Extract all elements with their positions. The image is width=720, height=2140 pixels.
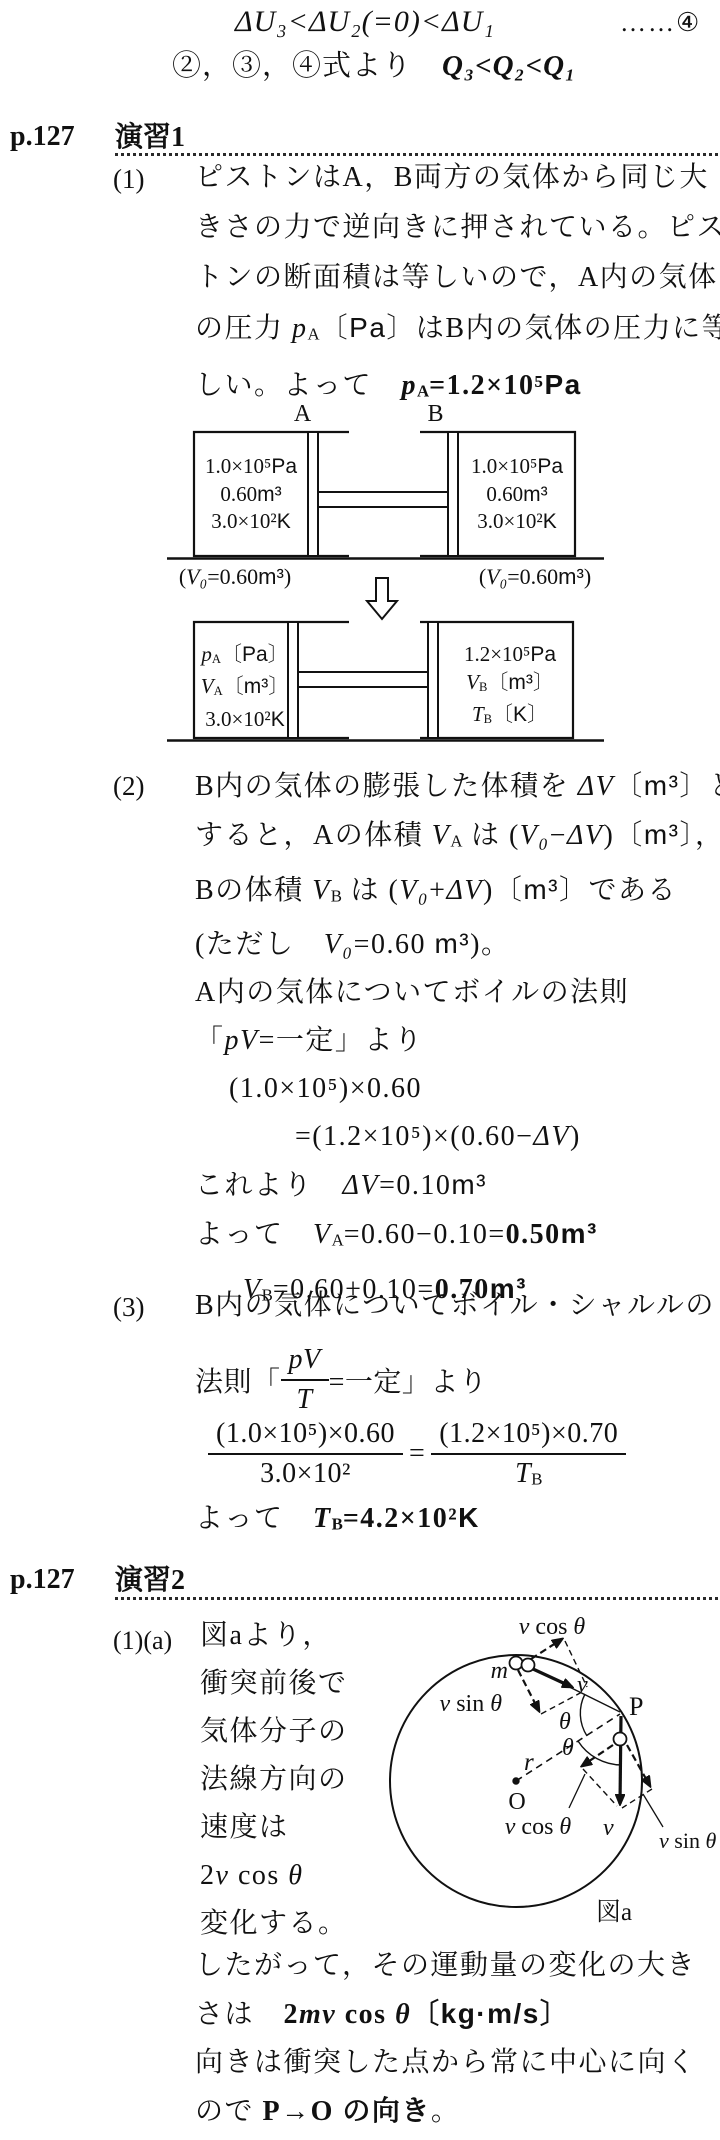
equation-delta-u: ΔU₃<ΔU₂(=0)<ΔU₁ <box>235 4 495 40</box>
gas-value: 1.0×10⁵Pa <box>460 453 574 481</box>
velocity-out-label: v <box>603 1815 614 1841</box>
fraction-numerator: (1.0×10⁵)×0.60 <box>208 1418 403 1455</box>
cylinder-b-label: B <box>393 401 478 428</box>
page: ΔU₃<ΔU₂(=0)<ΔU₁ ……④ ②，③，④式より Q₃<Q₂<Q₁ p.… <box>0 0 720 2140</box>
text-line: 衝突前後で <box>200 1660 348 1708</box>
cylinder-a-label: A <box>260 401 345 428</box>
gas-value: pA〔Pa〕 <box>188 641 302 673</box>
theta-label-1: θ <box>559 1709 571 1735</box>
text-line: トンの断面積は等しいので，A内の気体 <box>195 253 720 303</box>
fraction-numerator: pV <box>281 1344 329 1381</box>
molecule-after <box>614 1733 627 1746</box>
fraction-numerator: (1.2×10⁵)×0.70 <box>431 1418 626 1455</box>
theta-label-2: θ <box>562 1735 574 1761</box>
text-line: 向きは衝突した点から常に中心に向く <box>195 2039 697 2087</box>
text-line: 「pV=一定」より <box>195 1017 720 1065</box>
text-line: 気体分子の <box>200 1708 348 1756</box>
section-title-ex1: 演習1 <box>115 121 185 154</box>
page-ref-ex1: p.127 <box>10 121 75 153</box>
text-line: すると，Aの体積 VA は (V₀−ΔV)〔m³〕， <box>195 811 720 866</box>
paragraph-ex2-narrow: 図aより， 衝突前後で 気体分子の 法線方向の 速度は 2v cos θ 変化す… <box>200 1612 348 1948</box>
dotted-rule-ex2 <box>115 1597 718 1600</box>
label-pointer-line <box>569 1774 585 1808</box>
v0-note-left: (V₀=0.60m³) <box>165 564 305 590</box>
gas-value: 0.60m³ <box>460 481 574 509</box>
law-text-pre: 法則「 <box>195 1360 281 1400</box>
point-p-label: P <box>629 1694 643 1720</box>
piston-b-top <box>448 432 458 556</box>
figure-piston-apparatus: A B 1.0×10⁵Pa 0.60m³ 3.0×10²K 1.0×10⁵Pa … <box>160 398 620 772</box>
mass-label: m <box>472 1658 508 1684</box>
text-line: 図aより， <box>200 1612 348 1660</box>
item-label-3: (3) <box>113 1283 144 1331</box>
text-line: 法線方向の <box>200 1756 348 1804</box>
angle-arc-1 <box>580 1694 587 1736</box>
connecting-rod-bottom <box>298 672 428 687</box>
fraction-pv-t: pV T <box>281 1344 329 1416</box>
vcos-label-top: v cos θ <box>490 1614 614 1640</box>
text-line-answer: ので P→O の向き。 <box>195 2087 697 2136</box>
fraction-denominator: TB <box>515 1455 542 1490</box>
text-line: A内の気体についてボイルの法則 <box>195 969 720 1017</box>
molecule-before <box>510 1657 523 1670</box>
radius-label: r <box>524 1750 534 1776</box>
fraction-left: (1.0×10⁵)×0.60 3.0×10² <box>208 1418 403 1490</box>
gas-value: 3.0×10²K <box>194 508 308 536</box>
down-arrow-icon <box>367 578 397 619</box>
vsin-component-arrow-top <box>518 1670 539 1711</box>
boyle-charles-equation: (1.0×10⁵)×0.60 3.0×10² = (1.2×10⁵)×0.70 … <box>208 1408 626 1500</box>
piston-a-top <box>308 432 318 556</box>
text-line: 変化する。 <box>200 1900 348 1948</box>
equation-q-compare: ②，③，④式より Q₃<Q₂<Q₁ <box>172 46 576 86</box>
gas-b-state1: 1.0×10⁵Pa 0.60m³ 3.0×10²K <box>460 453 574 536</box>
figure-a-caption: 図a <box>596 1899 632 1926</box>
gas-value: 0.60m³ <box>194 481 308 509</box>
text-line: B内の気体の膨張した体積を ΔV〔m³〕と <box>195 762 720 811</box>
circle-collision-drawing <box>356 1612 720 1948</box>
parallelogram-edge <box>583 1769 617 1806</box>
fraction-right: (1.2×10⁵)×0.70 TB <box>431 1418 626 1490</box>
label-pointer-line <box>643 1794 663 1827</box>
paragraph-1: ピストンはA，B両方の気体から同じ大 きさの力で逆向きに押されている。ピス トン… <box>195 153 720 416</box>
gas-a-state2: pA〔Pa〕 VA〔m³〕 3.0×10²K <box>188 641 302 733</box>
gas-b-state2: 1.2×10⁵Pa VB〔m³〕 TB〔K〕 <box>453 641 567 733</box>
page-ref-ex2: p.127 <box>10 1564 75 1596</box>
vcos-label-bottom: v cos θ <box>484 1814 592 1840</box>
text-line-answer: さは 2mv cos θ〔kg·m/s〕 <box>195 1990 697 2039</box>
paragraph-3-answer: よって TB=4.2×10²K <box>195 1494 480 1549</box>
vsin-label-left: v sin θ <box>392 1691 502 1717</box>
text-line: Bの体積 VB は (V₀+ΔV)〔m³〕である <box>195 866 720 921</box>
text-line: ピストンはA，B両方の気体から同じ大 <box>195 153 720 203</box>
connecting-rod-top <box>318 492 448 507</box>
text-line: したがって，その運動量の変化の大き <box>195 1942 697 1990</box>
gas-value: 1.0×10⁵Pa <box>194 453 308 481</box>
section-title-ex2: 演習2 <box>115 1564 185 1597</box>
fraction-denominator: 3.0×10² <box>260 1455 351 1490</box>
item-label-1: (1) <box>113 154 144 204</box>
text-line-answer: よって VA=0.60−0.10=0.50m³ <box>195 1210 720 1265</box>
text-line-answer: よって TB=4.2×10²K <box>195 1494 480 1549</box>
incoming-velocity-arrow <box>533 1669 572 1687</box>
text-line: きさの力で逆向きに押されている。ピス <box>195 203 720 253</box>
gas-value: TB〔K〕 <box>453 701 567 733</box>
item-label-1a: (1)(a) <box>113 1617 172 1665</box>
equals-sign: = <box>403 1438 431 1470</box>
item-label-2: (2) <box>113 762 144 810</box>
gas-value: VB〔m³〕 <box>453 669 567 701</box>
text-line: の圧力 pA〔Pa〕はB内の気体の圧力に等 <box>195 303 720 360</box>
gas-value: 3.0×10²K <box>460 508 574 536</box>
text-line: 速度は <box>200 1804 348 1852</box>
gas-value: 3.0×10²K <box>188 706 302 734</box>
text-line: B内の気体についてボイル・シャルルの <box>195 1282 715 1330</box>
figure-circle-collision: v cos θ m v v sin θ P θ θ r O v cos θ v … <box>356 1612 720 1948</box>
molecule-before <box>522 1659 535 1672</box>
parallelogram-edge <box>622 1789 652 1808</box>
text-line: 2v cos θ <box>200 1852 348 1900</box>
gas-value: 1.2×10⁵Pa <box>453 641 567 669</box>
text-line: (ただし V₀=0.60 m³)。 <box>195 920 720 969</box>
center-o-label: O <box>503 1789 531 1815</box>
gas-value: VA〔m³〕 <box>188 673 302 705</box>
paragraph-2: B内の気体の膨張した体積を ΔV〔m³〕と すると，Aの体積 VA は (V₀−… <box>195 762 720 1319</box>
outgoing-velocity-arrow <box>620 1716 621 1804</box>
vsin-label-right: v sin θ <box>659 1828 716 1854</box>
vcos-component-arrow-top <box>531 1639 562 1659</box>
equation-number-4: ……④ <box>620 8 701 38</box>
text-line: これより ΔV=0.10m³ <box>195 1161 720 1210</box>
paragraph-3-line1: B内の気体についてボイル・シャルルの <box>195 1282 715 1330</box>
paragraph-ex2-wide: したがって，その運動量の変化の大き さは 2mv cos θ〔kg·m/s〕 向… <box>195 1942 697 2136</box>
gas-a-state1: 1.0×10⁵Pa 0.60m³ 3.0×10²K <box>194 453 308 536</box>
equation-line: =(1.2×10⁵)×(0.60−ΔV) <box>195 1113 720 1161</box>
v0-note-right: (V₀=0.60m³) <box>465 564 605 590</box>
velocity-in-label: v <box>577 1672 588 1698</box>
piston-b-bottom <box>428 622 438 738</box>
law-text-post: =一定」より <box>329 1360 488 1400</box>
equation-line: (1.0×10⁵)×0.60 <box>195 1065 720 1113</box>
